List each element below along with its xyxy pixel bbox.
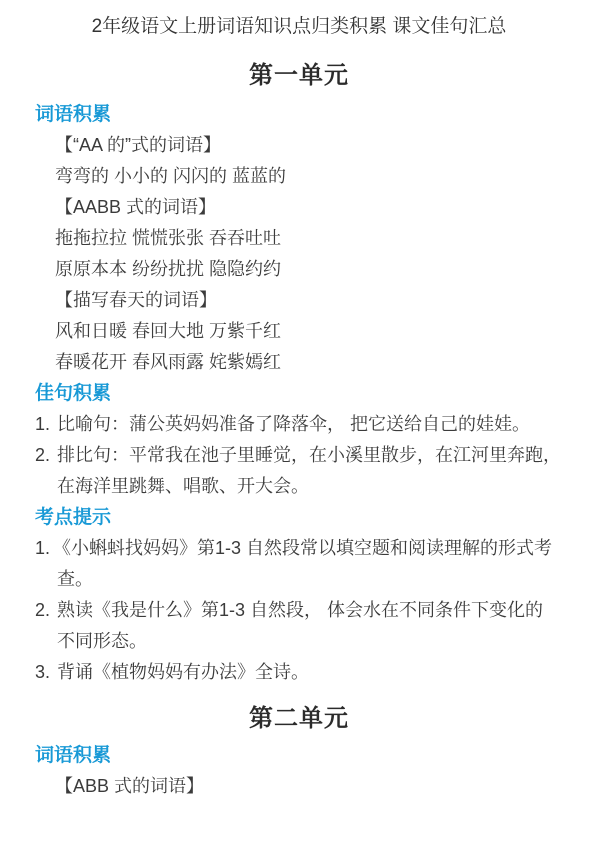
unit-2: 第二单元 词语积累 【ABB 式的词语】 xyxy=(35,702,563,802)
unit-1-title: 第一单元 xyxy=(35,59,563,93)
item-line: 查。 xyxy=(57,564,563,595)
unit-1: 第一单元 词语积累 【“AA 的”式的词语】 弯弯的 小小的 闪闪的 蓝蓝的 【… xyxy=(35,59,563,688)
list-item: 2. 排比句：平常我在池子里睡觉，在小溪里散步，在江河里奔跑， 在海洋里跳舞、唱… xyxy=(35,440,563,502)
item-line: 《小蝌蚪找妈妈》第1-3 自然段常以填空题和阅读理解的形式考 xyxy=(53,533,563,564)
unit-1-sentence-section: 佳句积累 1. 比喻句：蒲公英妈妈准备了降落伞， 把它送给自己的娃娃。 2. 排… xyxy=(35,378,563,502)
item-line: 不同形态。 xyxy=(57,626,563,657)
list-item: 1. 《小蝌蚪找妈妈》第1-3 自然段常以填空题和阅读理解的形式考 查。 xyxy=(35,533,563,595)
word-line: 风和日暖 春回大地 万紫千红 xyxy=(35,316,563,347)
item-number: 1. xyxy=(35,409,57,440)
word-accumulation-heading: 词语积累 xyxy=(35,740,563,771)
item-text: 背诵《植物妈妈有办法》全诗。 xyxy=(57,657,563,688)
item-text: 《小蝌蚪找妈妈》第1-3 自然段常以填空题和阅读理解的形式考 查。 xyxy=(57,533,563,595)
list-item: 2. 熟读《我是什么》第1-3 自然段， 体会水在不同条件下变化的 不同形态。 xyxy=(35,595,563,657)
item-number: 2. xyxy=(35,440,57,471)
word-accumulation-heading: 词语积累 xyxy=(35,99,563,130)
document-page: 2年级语文上册词语知识点归类积累 课文佳句汇总 第一单元 词语积累 【“AA 的… xyxy=(0,0,596,842)
word-line: 【AABB 式的词语】 xyxy=(35,192,563,223)
unit-1-word-section: 词语积累 【“AA 的”式的词语】 弯弯的 小小的 闪闪的 蓝蓝的 【AABB … xyxy=(35,99,563,378)
word-line: 原原本本 纷纷扰扰 隐隐约约 xyxy=(35,254,563,285)
unit-1-exam-section: 考点提示 1. 《小蝌蚪找妈妈》第1-3 自然段常以填空题和阅读理解的形式考 查… xyxy=(35,502,563,688)
document-title: 2年级语文上册词语知识点归类积累 课文佳句汇总 xyxy=(35,13,563,41)
item-text: 熟读《我是什么》第1-3 自然段， 体会水在不同条件下变化的 不同形态。 xyxy=(57,595,563,657)
list-item: 3. 背诵《植物妈妈有办法》全诗。 xyxy=(35,657,563,688)
word-line: 弯弯的 小小的 闪闪的 蓝蓝的 xyxy=(35,161,563,192)
word-line: 春暖花开 春风雨露 姹紫嫣红 xyxy=(35,347,563,378)
unit-2-word-section: 词语积累 【ABB 式的词语】 xyxy=(35,740,563,802)
item-text: 排比句：平常我在池子里睡觉，在小溪里散步，在江河里奔跑， 在海洋里跳舞、唱歌、开… xyxy=(57,440,563,502)
item-number: 2. xyxy=(35,595,57,626)
word-line: 【描写春天的词语】 xyxy=(35,285,563,316)
word-line: 拖拖拉拉 慌慌张张 吞吞吐吐 xyxy=(35,223,563,254)
word-line: 【“AA 的”式的词语】 xyxy=(35,130,563,161)
item-line: 排比句：平常我在池子里睡觉，在小溪里散步，在江河里奔跑， xyxy=(57,440,563,471)
list-item: 1. 比喻句：蒲公英妈妈准备了降落伞， 把它送给自己的娃娃。 xyxy=(35,409,563,440)
item-line: 比喻句：蒲公英妈妈准备了降落伞， 把它送给自己的娃娃。 xyxy=(57,409,563,440)
unit-2-title: 第二单元 xyxy=(35,702,563,736)
sentence-accumulation-heading: 佳句积累 xyxy=(35,378,563,409)
item-number: 3. xyxy=(35,657,57,688)
exam-tips-heading: 考点提示 xyxy=(35,502,563,533)
word-line: 【ABB 式的词语】 xyxy=(35,771,563,802)
item-line: 熟读《我是什么》第1-3 自然段， 体会水在不同条件下变化的 xyxy=(57,595,563,626)
item-line: 背诵《植物妈妈有办法》全诗。 xyxy=(57,657,563,688)
item-text: 比喻句：蒲公英妈妈准备了降落伞， 把它送给自己的娃娃。 xyxy=(57,409,563,440)
item-line: 在海洋里跳舞、唱歌、开大会。 xyxy=(57,471,563,502)
